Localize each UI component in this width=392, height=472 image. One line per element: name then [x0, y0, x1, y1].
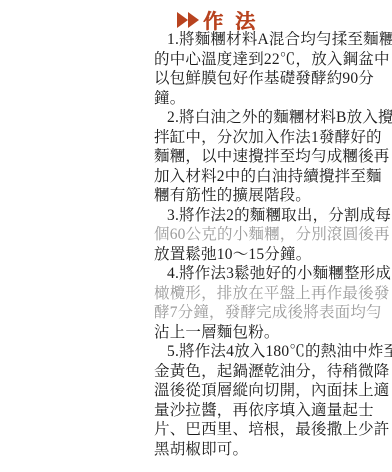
- step-line: 以包鮮膜包好作基礎發酵約90分: [154, 69, 392, 89]
- step-line: 鐘。: [154, 89, 392, 109]
- step-line: 沾上一層麵包粉。: [154, 323, 392, 343]
- step-line: 放置鬆弛10～15分鐘。: [154, 245, 392, 265]
- step-line: 個60公克的小麵糰，分別滾圓後再: [154, 225, 392, 245]
- step-line: 黑胡椒即可。: [154, 440, 392, 460]
- step-line: 金黃色，起鍋瀝乾油分，待稍微降: [154, 362, 392, 382]
- step-line: 麵糰，以中速攪拌至均勻成糰後再: [154, 147, 392, 167]
- method-steps-list: 1.將麵糰材料A混合均勻揉至麵糰的中心溫度達到22℃，放入鋼盆中以包鮮膜包好作基…: [154, 30, 392, 459]
- recipe-step: 5.將作法4放入180℃的熱油中炸至金黃色，起鍋瀝乾油分，待稍微降溫後從頂層縱向…: [154, 342, 392, 459]
- step-line: 1.將麵糰材料A混合均勻揉至麵糰: [154, 30, 392, 50]
- page: { "colors": { "background": "#ffffff", "…: [0, 0, 392, 472]
- step-line: 4.將作法3鬆弛好的小麵糰整形成: [154, 264, 392, 284]
- recipe-step: 2.將白油之外的麵糰材料B放入攪拌缸中，分次加入作法1發酵好的麵糰，以中速攪拌至…: [154, 108, 392, 206]
- step-line: 拌缸中，分次加入作法1發酵好的: [154, 128, 392, 148]
- method-header: 作 法: [176, 9, 392, 30]
- step-line: 溫後從頂層縱向切開，內面抹上適: [154, 381, 392, 401]
- step-line: 量沙拉醬，再依序填入適量起士: [154, 401, 392, 421]
- step-line: 片、巴西里、培根，最後撒上少許: [154, 420, 392, 440]
- step-line: 3.將作法2的麵糰取出，分割成每: [154, 206, 392, 226]
- recipe-step: 3.將作法2的麵糰取出，分割成每個60公克的小麵糰，分別滾圓後再放置鬆弛10～1…: [154, 206, 392, 265]
- step-line: 5.將作法4放入180℃的熱油中炸至: [154, 342, 392, 362]
- step-line: 2.將白油之外的麵糰材料B放入攪: [154, 108, 392, 128]
- step-line: 糰有筋性的擴展階段。: [154, 186, 392, 206]
- double-right-arrow-icon: [176, 12, 200, 28]
- recipe-step: 1.將麵糰材料A混合均勻揉至麵糰的中心溫度達到22℃，放入鋼盆中以包鮮膜包好作基…: [154, 30, 392, 108]
- step-line: 橄欖形，排放在平盤上再作最後發: [154, 284, 392, 304]
- step-line: 加入材料2中的白油持續攪拌至麵: [154, 167, 392, 187]
- step-line: 酵7分鐘，發酵完成後將表面均勻: [154, 303, 392, 323]
- recipe-step: 4.將作法3鬆弛好的小麵糰整形成橄欖形，排放在平盤上再作最後發酵7分鐘，發酵完成…: [154, 264, 392, 342]
- recipe-method-section: 作 法 1.將麵糰材料A混合均勻揉至麵糰的中心溫度達到22℃，放入鋼盆中以包鮮膜…: [154, 0, 392, 459]
- step-line: 的中心溫度達到22℃，放入鋼盆中: [154, 50, 392, 70]
